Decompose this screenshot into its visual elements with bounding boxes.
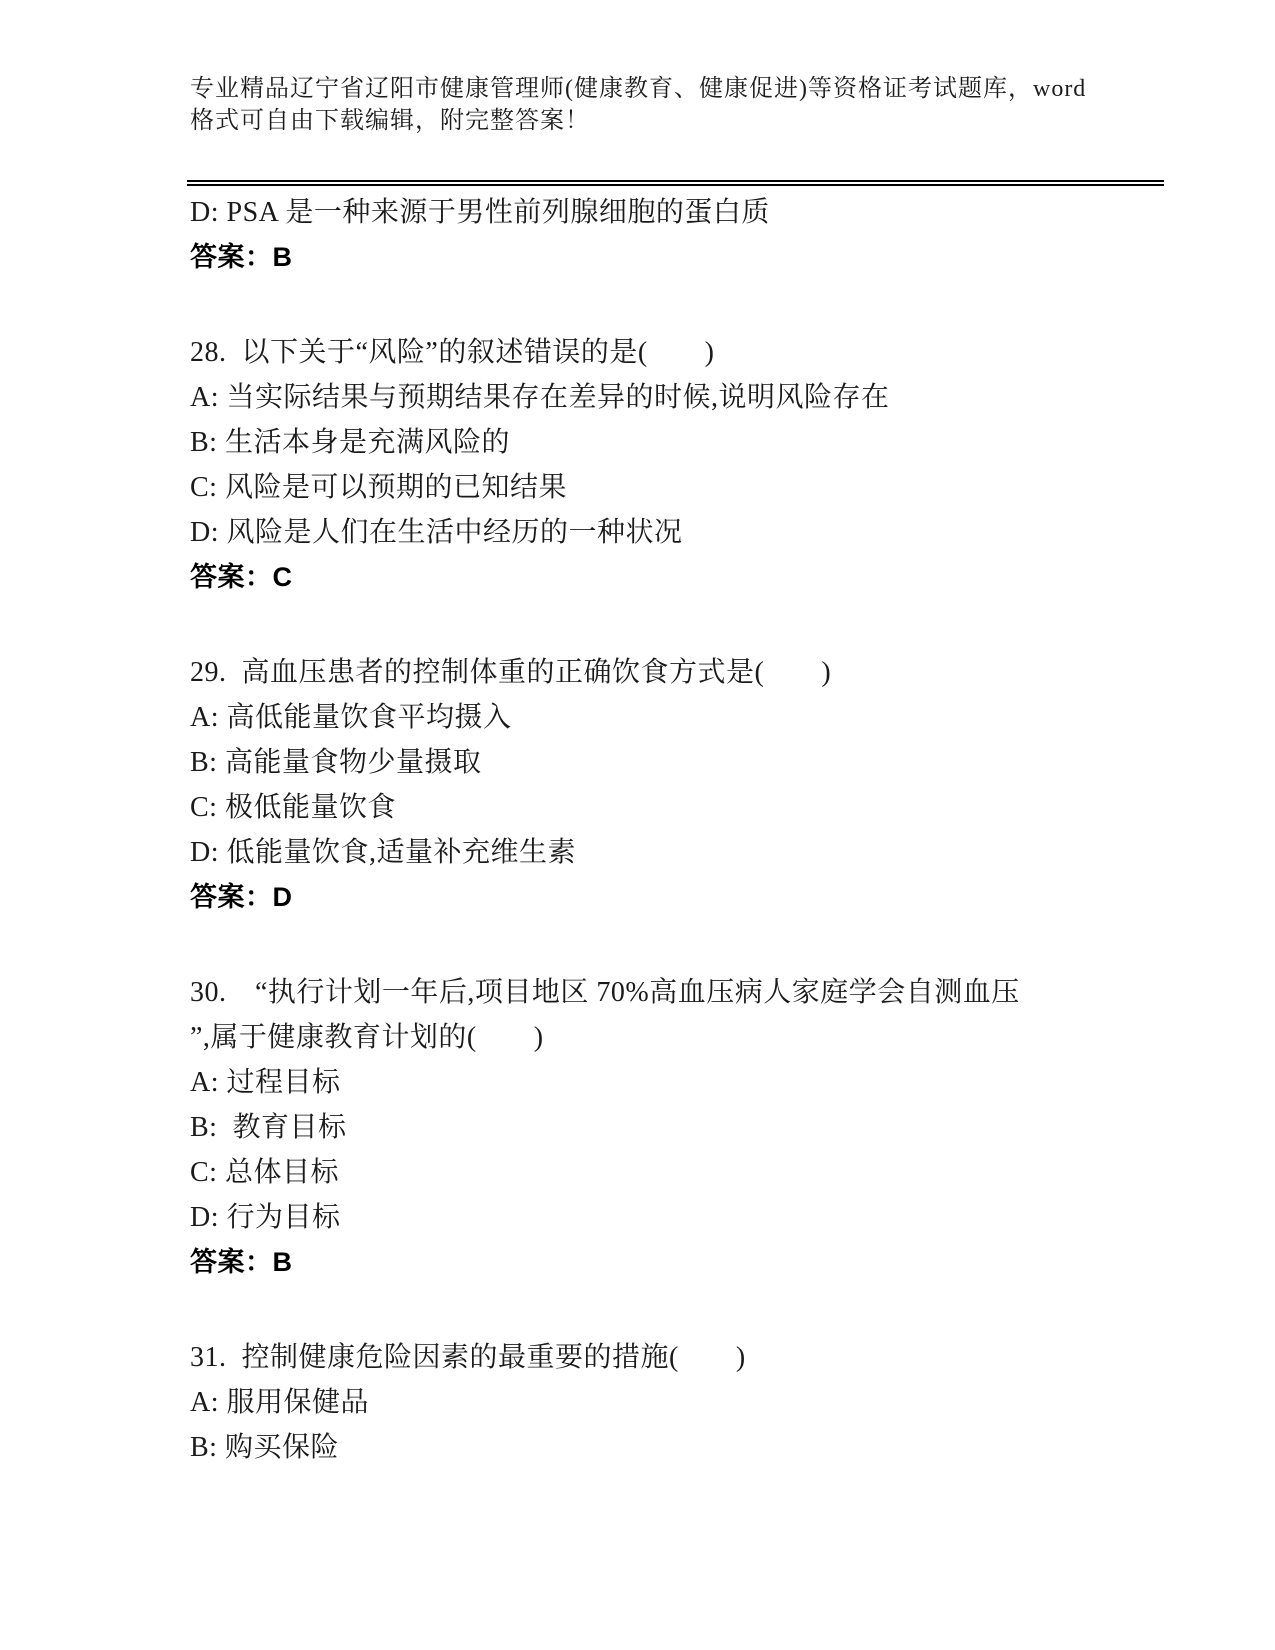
document-body: D: PSA 是一种来源于男性前列腺细胞的蛋白质 答案：B 28. 以下关于“风… — [190, 190, 1190, 1470]
question-title: 31. 控制健康危险因素的最重要的措施( ) — [190, 1335, 1190, 1380]
document-page: 专业精品辽宁省辽阳市健康管理师(健康教育、健康促进)等资格证考试题库，word … — [0, 0, 1275, 1650]
option-b: B: 购买保险 — [190, 1425, 1190, 1470]
question-title: 28. 以下关于“风险”的叙述错误的是( ) — [190, 330, 1190, 375]
header-line-1: 专业精品辽宁省辽阳市健康管理师(健康教育、健康促进)等资格证考试题库，word — [190, 73, 1170, 105]
option-d: D: PSA 是一种来源于男性前列腺细胞的蛋白质 — [190, 190, 1190, 235]
question-30: 30. “执行计划一年后,项目地区 70%高血压病人家庭学会自测血压 ”,属于健… — [190, 970, 1190, 1285]
question-28: 28. 以下关于“风险”的叙述错误的是( ) A: 当实际结果与预期结果存在差异… — [190, 330, 1190, 600]
option-b: B: 高能量食物少量摄取 — [190, 740, 1190, 785]
option-c: C: 风险是可以预期的已知结果 — [190, 465, 1190, 510]
question-title-line-1: 30. “执行计划一年后,项目地区 70%高血压病人家庭学会自测血压 — [190, 970, 1190, 1015]
answer-line: 答案：B — [190, 235, 1190, 280]
option-a: A: 当实际结果与预期结果存在差异的时候,说明风险存在 — [190, 375, 1190, 420]
answer-line: 答案：B — [190, 1240, 1190, 1285]
option-b: B: 教育目标 — [190, 1105, 1190, 1150]
question-27-partial: D: PSA 是一种来源于男性前列腺细胞的蛋白质 答案：B — [190, 190, 1190, 280]
option-a: A: 服用保健品 — [190, 1380, 1190, 1425]
block-spacer — [190, 280, 1190, 330]
page-header: 专业精品辽宁省辽阳市健康管理师(健康教育、健康促进)等资格证考试题库，word … — [190, 73, 1170, 137]
answer-line: 答案：C — [190, 555, 1190, 600]
option-c: C: 极低能量饮食 — [190, 785, 1190, 830]
header-line-2: 格式可自由下载编辑，附完整答案！ — [190, 105, 1170, 137]
option-c: C: 总体目标 — [190, 1150, 1190, 1195]
question-title: 29. 高血压患者的控制体重的正确饮食方式是( ) — [190, 650, 1190, 695]
block-spacer — [190, 600, 1190, 650]
answer-line: 答案：D — [190, 875, 1190, 920]
question-29: 29. 高血压患者的控制体重的正确饮食方式是( ) A: 高低能量饮食平均摄入 … — [190, 650, 1190, 920]
option-d: D: 低能量饮食,适量补充维生素 — [190, 830, 1190, 875]
question-31-partial: 31. 控制健康危险因素的最重要的措施( ) A: 服用保健品 B: 购买保险 — [190, 1335, 1190, 1470]
option-b: B: 生活本身是充满风险的 — [190, 420, 1190, 465]
option-a: A: 过程目标 — [190, 1060, 1190, 1105]
question-title-line-2: ”,属于健康教育计划的( ) — [190, 1015, 1190, 1060]
option-d: D: 风险是人们在生活中经历的一种状况 — [190, 510, 1190, 555]
block-spacer — [190, 920, 1190, 970]
header-divider — [187, 180, 1164, 186]
option-d: D: 行为目标 — [190, 1195, 1190, 1240]
block-spacer — [190, 1285, 1190, 1335]
option-a: A: 高低能量饮食平均摄入 — [190, 695, 1190, 740]
